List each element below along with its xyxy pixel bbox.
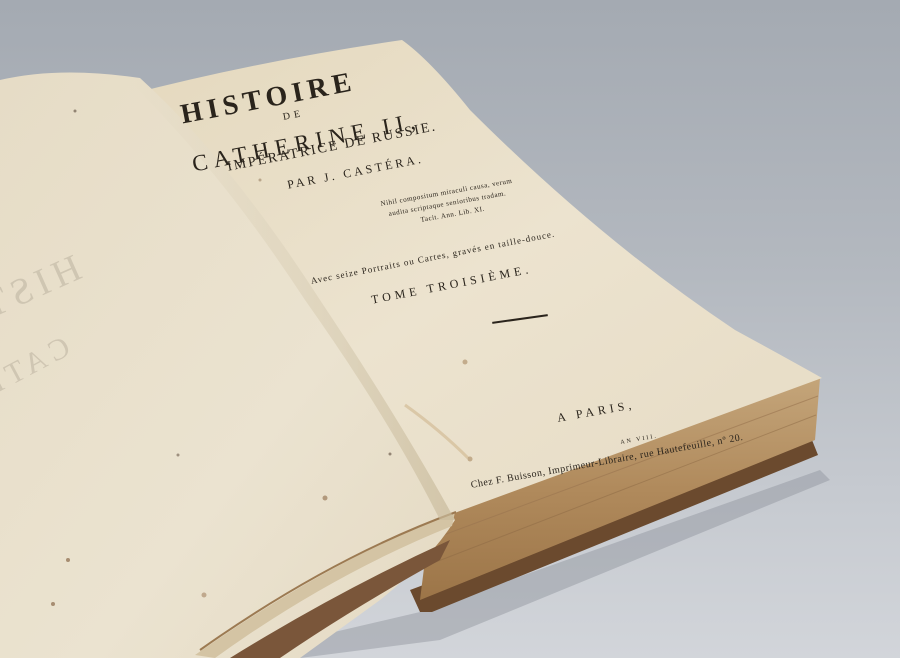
open-book — [0, 0, 900, 658]
photo-scene: HISTOIRE CATHERINE HISTOIRE DE CATHERINE… — [0, 0, 900, 658]
